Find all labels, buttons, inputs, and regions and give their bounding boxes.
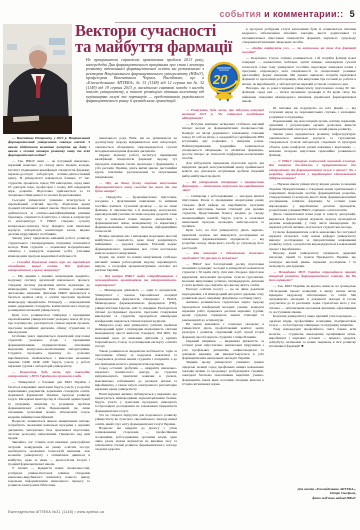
interview-question: — Нещодавно МОЗ України оприлюднило прое… (269, 270, 356, 283)
body-paragraph: Наші науковці активно публікуються у вид… (95, 392, 177, 413)
interview-question: — Розкажіть, будь ласка, про підсумки вс… (182, 108, 264, 121)
body-paragraph: — Передусім — фундаментальна підготовка,… (95, 195, 177, 234)
body-paragraph: Також розвивається академічна мобільніст… (95, 349, 177, 366)
body-paragraph: — Ми одними з перших запровадили кредитн… (8, 274, 90, 313)
body-paragraph: Активно розвивається студентська наука: … (182, 300, 264, 321)
body-paragraph: Серед останніх здобутків — відкриття нав… (95, 366, 177, 392)
body-paragraph: Окремо відзначу роботу інституту підвище… (95, 153, 177, 179)
anniversary-badge-icon: 20 (207, 61, 241, 103)
body-column-2: навчального року. Втім, ми не зупиняємос… (95, 136, 177, 505)
body-paragraph: навчального року. Втім, ми не зупиняємос… (95, 136, 177, 153)
body-paragraph: в програмі розбудови галузі ключовими бу… (242, 27, 356, 44)
body-paragraph: Для абітурієнтів працювали підготовчі ку… (182, 161, 264, 178)
body-paragraph: Значна увага приділяється розвитку інфра… (269, 132, 356, 158)
body-paragraph: Нагадаю, що за роки існування університе… (242, 86, 356, 103)
interview-question: — Валентине Петровичу, у 2013 р. Націона… (8, 136, 90, 157)
body-paragraph: Крім того, розвивається співпраця з пров… (8, 313, 90, 334)
body-paragraph: Усе це створює підґрунтя для подальшого … (95, 413, 177, 426)
photo-illustration (3, 24, 72, 134)
body-paragraph: Ці питання ми порушуємо на всіх рівнях —… (269, 106, 356, 119)
body-paragraph: Минулого року наш університет успішно пр… (95, 323, 177, 349)
interview-question: — «Кадри вирішують усе» — чи актуальна ц… (242, 46, 356, 55)
body-paragraph: — Так, МОЗ України, як відомо, винесло н… (269, 284, 356, 314)
body-paragraph: — Міжнародна діяльність — один із пріори… (95, 288, 177, 322)
article-lead: Не прикрашаючи справжніх практичних проб… (86, 58, 204, 104)
body-paragraph: Завдяки цьому університет упевнено трима… (182, 360, 264, 386)
page-footer: Еженедельник АПТЕКА №31 (1148) • www.apt… (8, 510, 104, 514)
body-paragraph: Діють спеціалізовані вчені ради із захис… (269, 212, 356, 229)
body-paragraph: Крім того, на базі університету діють на… (182, 228, 264, 249)
body-column-1: — Валентине Петровичу, у 2013 р. Націона… (8, 136, 90, 505)
body-paragraph: Значну увагу приділяємо виховній роботі,… (8, 236, 90, 257)
article-title-line2: та майбуття фармації (75, 39, 235, 55)
interview-question: — Яка ситуація з підготовкою іноземних с… (182, 251, 264, 260)
body-paragraph: Переконаний, що консолідація зусиль осві… (269, 119, 356, 132)
body-paragraph: Тому напередодні професійного свята бажа… (269, 327, 356, 348)
anniversary-badge: 20 (207, 61, 241, 103)
article-title: Вектори сучасності та майбуття фармації (75, 23, 235, 54)
body-column-3: — Розкажіть, будь ласка, про підсумки вс… (182, 106, 264, 505)
body-paragraph: — Безумовно. Галузь стрімко розвивається… (242, 56, 356, 86)
body-paragraph: Колектив університету щиро вдячний усім … (269, 314, 356, 327)
signature-block: Для газети «Еженедельник АПТЕКА», Петро … (269, 487, 356, 500)
body-paragraph: — Наукова школа університету відома дале… (269, 182, 356, 212)
masthead-section-bold: и комментарии:: (264, 9, 344, 19)
newspaper-page: события и комментарии:: 5 Вектори су (0, 0, 360, 530)
rector-photo (3, 24, 72, 134)
masthead: события и комментарии:: 5 (220, 9, 356, 19)
body-paragraph: У планах — відкриття нових спеціальносте… (8, 466, 90, 487)
interview-question: — Які наміри НФаУ щодо співробітництва з… (95, 274, 177, 287)
body-paragraph: Сьогодні університет упевнено інтегруєть… (8, 198, 90, 237)
interview-question: — Як університет співпрацює з практичною… (182, 180, 264, 193)
page-number: 5 (350, 9, 355, 19)
body-paragraph: — Так, НФаУ нині — це потужний навчально… (8, 159, 90, 198)
body-paragraph: Звичайно, час ставить нові виклики: демо… (8, 440, 90, 466)
body-paragraph: — НФаУ має багаторічний досвід підготовк… (182, 262, 264, 288)
body-paragraph: Окремий напрямок — видавнича діяльність:… (182, 339, 264, 360)
body-paragraph: Не менш важливою є соціальна складова: в… (182, 322, 264, 339)
interview-question: — Що, на Вашу думку, вирізняє випускника… (95, 181, 177, 194)
masthead-section-light: события (220, 9, 262, 19)
body-paragraph: Експорт освітніх послуг — це не лише дод… (182, 287, 264, 300)
body-paragraph: Щороку вчені університету отримують держ… (269, 251, 356, 268)
badge-number: 20 (212, 72, 228, 87)
interview-question: — У НФаУ створено потужний науковий клас… (269, 159, 356, 180)
interview-question: — Розкажіть, будь ласка, про взаємодію у… (8, 370, 90, 379)
body-paragraph: Водночас залишається чимало невирішених … (8, 419, 90, 440)
interview-question: — Сьогодні державою взято курс на європе… (8, 260, 90, 273)
signature-line: фото люб'язно надані НФаУ (269, 496, 356, 500)
body-column-4: Ці питання ми порушуємо на всіх рівнях —… (269, 106, 356, 484)
body-paragraph: Водночас ми відкриті до діалогу з усіма … (95, 426, 177, 452)
body-paragraph: Особлива увага приділяється практичній п… (8, 334, 90, 368)
body-paragraph: — Вступна кампанія засвідчила стабільно … (182, 122, 264, 161)
body-paragraph: — Університет є базовим для МОЗ України … (8, 380, 90, 419)
top-right-column: в програмі розбудови галузі ключовими бу… (242, 27, 356, 105)
body-paragraph: Сучасна фармацевтична освіта неможлива б… (269, 230, 356, 251)
body-paragraph: — Співпраця з роботодавцями — запорука я… (182, 194, 264, 228)
body-paragraph: Додам, що попит на наших випускників ста… (95, 255, 177, 272)
body-paragraph: Велике значення має і виховання моральни… (95, 234, 177, 255)
